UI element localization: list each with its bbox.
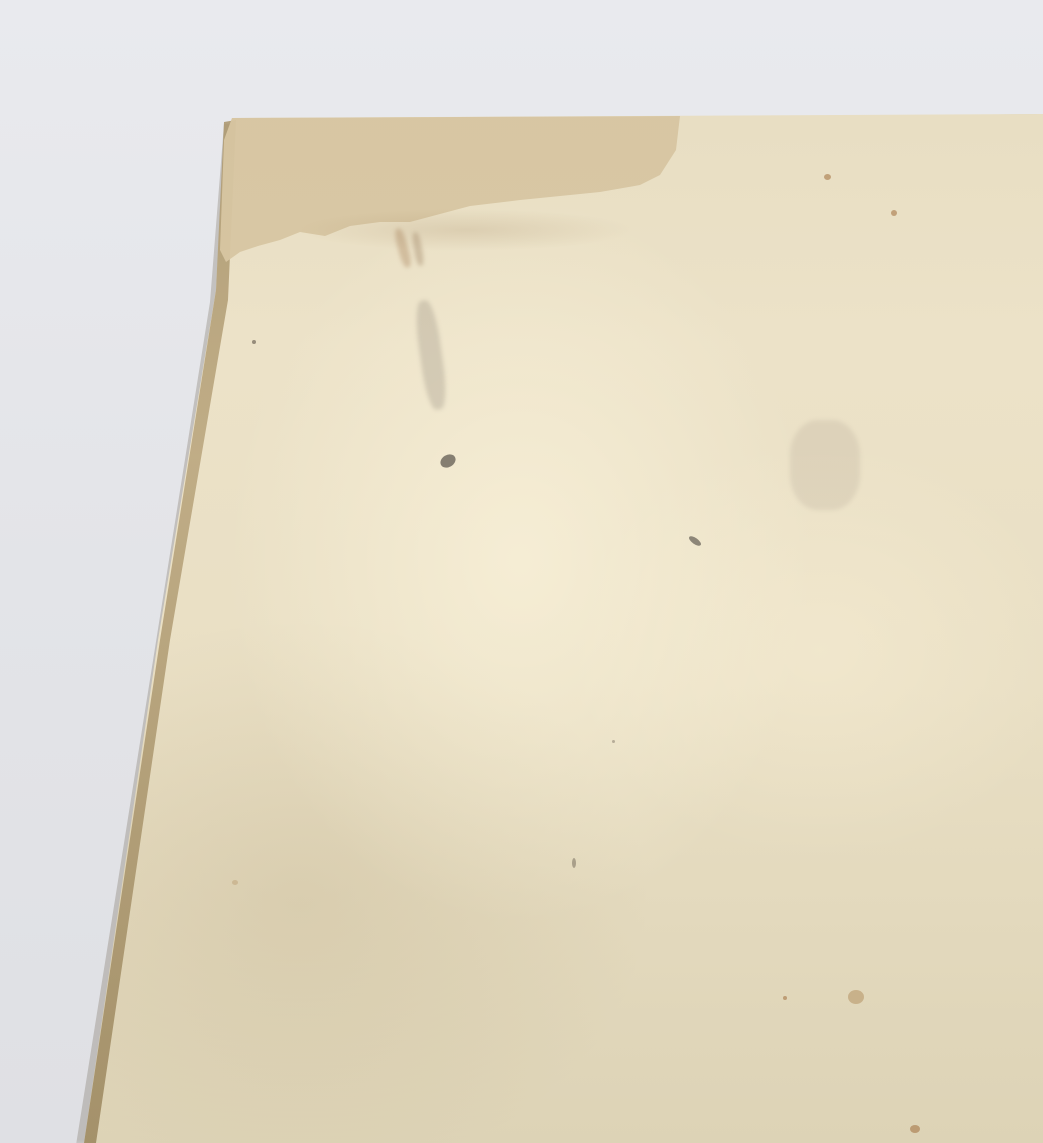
foxing-spot (824, 174, 831, 180)
foxing-spot (848, 990, 864, 1004)
foxing-spot (572, 858, 576, 868)
water-stain-edge (226, 180, 686, 260)
foxing-spot (891, 210, 897, 216)
foxing-spot (612, 740, 615, 743)
foxing-spot (910, 1125, 920, 1133)
foxing-spot (783, 996, 787, 1000)
foxing-spot (232, 880, 238, 885)
pencil-smudge (790, 420, 860, 510)
foxing-spot (252, 340, 256, 344)
